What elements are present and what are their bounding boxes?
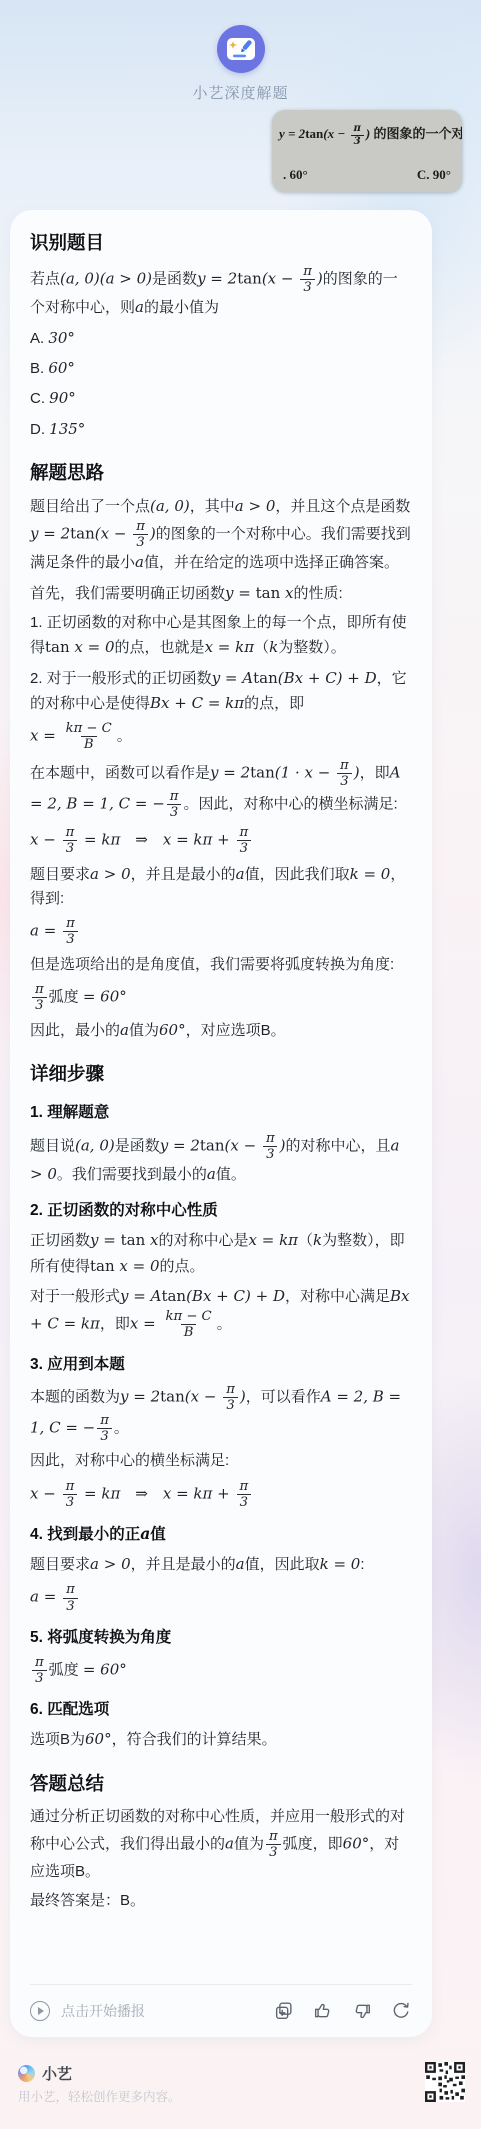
paragraph: 首先，我们需要明确正切函数y = tan x的性质: xyxy=(30,581,412,606)
fraction: π3 xyxy=(350,123,363,147)
paragraph: 1. 正切函数的对称中心是其图象上的每一个点，即所有使得tan x = 0的点，… xyxy=(30,611,412,661)
app-logo xyxy=(217,25,265,73)
paragraph: x − π3 = kπ ⇒ x = kπ + π3 xyxy=(30,1479,412,1510)
answer-card: 识别题目若点(a, 0)(a > 0)是函数y = 2tan(x − π3)的图… xyxy=(10,210,432,2037)
paragraph: 对于一般形式y = Atan(Bx + C) + D，对称中心满足Bx + C … xyxy=(30,1284,412,1341)
fraction: π3 xyxy=(223,1382,238,1413)
brand: 小艺 xyxy=(18,2063,72,2084)
copy-icon xyxy=(273,2000,295,2022)
fraction: π3 xyxy=(300,264,315,295)
fraction: π3 xyxy=(63,916,78,947)
step-header: 3. 应用到本题 xyxy=(30,1352,412,1377)
fraction: π3 xyxy=(133,519,148,550)
paragraph: 若点(a, 0)(a > 0)是函数y = 2tan(x − π3)的图象的一个… xyxy=(30,264,412,321)
paragraph: a = π3 xyxy=(30,1582,412,1613)
card-toolbar: 点击开始播报 xyxy=(30,1984,412,2037)
fraction: π3 xyxy=(32,982,47,1013)
regenerate-icon xyxy=(390,2000,412,2022)
play-icon xyxy=(30,2001,50,2021)
footer: 小艺 用小艺，轻松创作更多内容。 xyxy=(0,2037,481,2129)
step-header: 4. 找到最小的正a值 xyxy=(30,1521,412,1547)
paragraph: 在本题中，函数可以看作是y = 2tan(1 · x − π3)，即A = 2,… xyxy=(30,758,412,821)
paragraph: C. 90° xyxy=(30,386,412,411)
thumbs-up-button[interactable] xyxy=(312,2000,334,2022)
fraction: π3 xyxy=(167,789,182,820)
paragraph: x − π3 = kπ ⇒ x = kπ + π3 xyxy=(30,825,412,856)
fraction: π3 xyxy=(237,825,252,856)
paragraph: π3弧度 = 60° xyxy=(30,982,412,1013)
paragraph: D. 135° xyxy=(30,417,412,442)
fraction: π3 xyxy=(263,1131,278,1162)
paragraph: A. 30° xyxy=(30,326,412,351)
fraction: kπ − CB xyxy=(162,1309,214,1340)
paragraph: 本题的函数为y = 2tan(x − π3)，可以看作A = 2, B = 1,… xyxy=(30,1382,412,1445)
pencil-card-icon xyxy=(226,36,256,62)
section-header: 详细步骤 xyxy=(30,1059,412,1089)
fraction: π3 xyxy=(63,1479,78,1510)
thumbs-down-button[interactable] xyxy=(351,2000,373,2022)
photo-option-left: . 60° xyxy=(283,167,308,183)
fraction: π3 xyxy=(63,1582,78,1613)
fraction: π3 xyxy=(266,1829,281,1860)
paragraph: 2. 对于一般形式的正切函数y = Atan(Bx + C) + D，它的对称中… xyxy=(30,666,412,717)
section-header: 识别题目 xyxy=(30,228,412,258)
fraction: π3 xyxy=(237,1479,252,1510)
copy-button[interactable] xyxy=(273,2000,295,2022)
brand-name: 小艺 xyxy=(42,2063,72,2084)
app-header: 小艺深度解题 xyxy=(0,25,481,103)
paragraph: a = π3 xyxy=(30,916,412,947)
step-header: 2. 正切函数的对称中心性质 xyxy=(30,1198,412,1223)
paragraph: 通过分析正切函数的对称中心性质，并应用一般形式的对称中心公式，我们得出最小的a值… xyxy=(30,1805,412,1885)
paragraph: 选项B为60°，符合我们的计算结果。 xyxy=(30,1727,412,1752)
regenerate-button[interactable] xyxy=(390,2000,412,2022)
celia-logo-icon xyxy=(18,2065,35,2082)
section-header: 答题总结 xyxy=(30,1769,412,1799)
fraction: π3 xyxy=(32,1655,47,1686)
app-title: 小艺深度解题 xyxy=(192,82,288,103)
qr-code xyxy=(425,2062,465,2102)
paragraph: 但是选项给出的是角度值，我们需要将弧度转换为角度: xyxy=(30,953,412,977)
step-header: 1. 理解题意 xyxy=(30,1100,412,1125)
paragraph: π3弧度 = 60° xyxy=(30,1655,412,1686)
section-header: 解题思路 xyxy=(30,458,412,488)
problem-photo: y = 2tan(x − π3) 的图象的一个对 . 60° C. 90° xyxy=(272,110,462,192)
toolbar-actions xyxy=(273,2000,412,2022)
paragraph: 题目要求a > 0，并且是最小的a值，因此取k = 0: xyxy=(30,1552,412,1577)
paragraph: B. 60° xyxy=(30,356,412,381)
photo-options-line: . 60° C. 90° xyxy=(283,167,451,183)
fraction: π3 xyxy=(63,825,78,856)
paragraph: 题目要求a > 0，并且是最小的a值，因此我们取k = 0，得到: xyxy=(30,862,412,912)
brand-tagline: 用小艺，轻松创作更多内容。 xyxy=(18,2087,181,2105)
thumbs-up-icon xyxy=(312,2000,334,2022)
paragraph: 因此，对称中心的横坐标满足: xyxy=(30,1449,412,1473)
play-broadcast-button[interactable]: 点击开始播报 xyxy=(30,2001,145,2021)
paragraph: 题目说(a, 0)是函数y = 2tan(x − π3)的对称中心，且a > 0… xyxy=(30,1131,412,1188)
paragraph: 正切函数y = tan x的对称中心是x = kπ（k为整数），即所有使得tan… xyxy=(30,1228,412,1279)
solution-content: 识别题目若点(a, 0)(a > 0)是函数y = 2tan(x − π3)的图… xyxy=(10,210,432,1984)
app-screen: 小艺深度解题 y = 2tan(x − π3) 的图象的一个对 . 60° C.… xyxy=(0,0,481,2129)
step-header: 5. 将弧度转换为角度 xyxy=(30,1625,412,1650)
paragraph: x = kπ − CB。 xyxy=(30,721,412,752)
thumbs-down-icon xyxy=(351,2000,373,2022)
photo-option-right: C. 90° xyxy=(417,167,451,183)
play-label: 点击开始播报 xyxy=(61,2001,145,2021)
step-header: 6. 匹配选项 xyxy=(30,1697,412,1722)
fraction: π3 xyxy=(337,758,352,789)
fraction: π3 xyxy=(97,1413,112,1444)
paragraph: 最终答案是：B。 xyxy=(30,1889,412,1913)
photo-formula-line: y = 2tan(x − π3) 的图象的一个对 xyxy=(279,123,462,147)
paragraph: 因此，最小的a值为60°，对应选项B。 xyxy=(30,1018,412,1043)
paragraph: 题目给出了一个点(a, 0)，其中a > 0，并且这个点是函数y = 2tan(… xyxy=(30,494,412,576)
fraction: kπ − CB xyxy=(63,721,115,752)
